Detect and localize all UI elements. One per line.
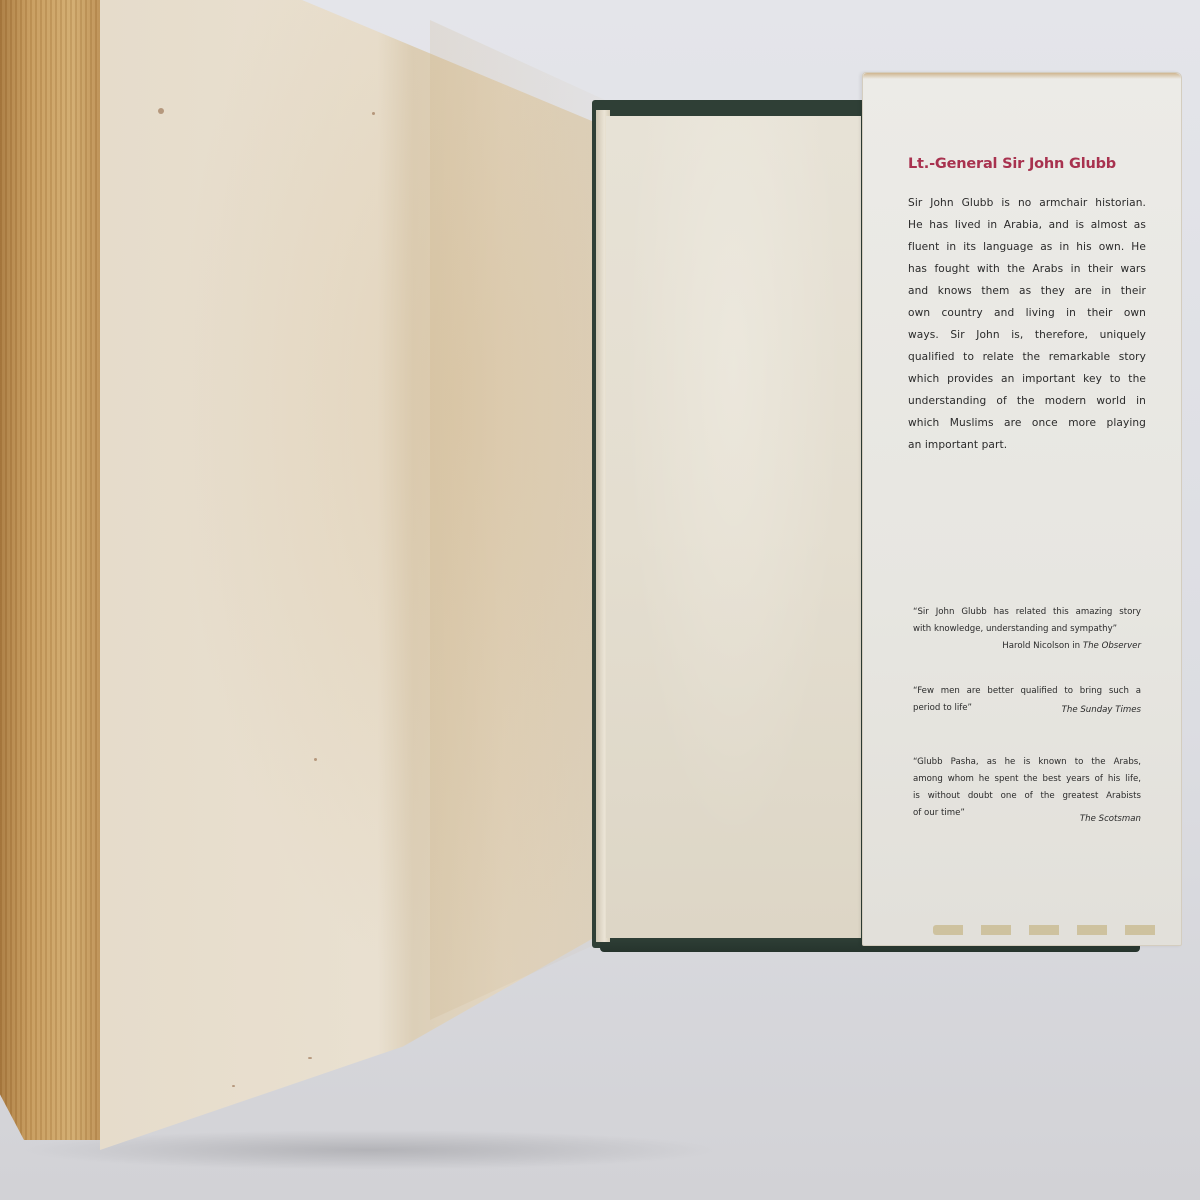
bio-line: qualified to relate the remarkable story xyxy=(908,346,1146,368)
review-last-line-row: period to life” The Sunday Times xyxy=(913,700,1141,717)
flap-bio: Lt.-General Sir John Glubb Sir John Glub… xyxy=(908,156,1146,456)
book-photo: Lt.-General Sir John Glubb Sir John Glub… xyxy=(0,0,1200,1200)
foxing-spot xyxy=(158,108,164,114)
review-line: with knowledge, understanding and sympat… xyxy=(913,621,1141,638)
right-pastedown-page xyxy=(606,116,861,938)
review-source: The Sunday Times xyxy=(1062,702,1141,719)
review-line: “Sir John Glubb has related this amazing… xyxy=(913,604,1141,621)
review-sunday-times: “Few men are better qualified to bring s… xyxy=(913,683,1141,717)
bio-line: Sir John Glubb is no armchair historian. xyxy=(908,192,1146,214)
bio-line: fluent in its language as in his own. He xyxy=(908,236,1146,258)
flap-edge-stain xyxy=(933,925,1169,935)
review-publication: The Sunday Times xyxy=(1062,705,1141,715)
review-observer: “Sir John Glubb has related this amazing… xyxy=(913,604,1141,655)
bio-line: which Muslims are once more playing xyxy=(908,412,1146,434)
review-source: The Scotsman xyxy=(1080,811,1141,828)
review-scotsman: “Glubb Pasha, as he is known to the Arab… xyxy=(913,754,1141,822)
bio-line: which provides an important key to the xyxy=(908,368,1146,390)
review-publication: The Scotsman xyxy=(1080,814,1141,824)
review-line: is without doubt one of the greatest Ara… xyxy=(913,788,1141,805)
author-heading: Lt.-General Sir John Glubb xyxy=(908,156,1146,172)
foxing-spot xyxy=(232,1085,235,1087)
review-last-line-row: of our time” The Scotsman xyxy=(913,805,1141,822)
review-line: among whom he spent the best years of hi… xyxy=(913,771,1141,788)
bio-line: an important part. xyxy=(908,434,1146,456)
review-line: “Glubb Pasha, as he is known to the Arab… xyxy=(913,754,1141,771)
bio-line: own country and living in their own xyxy=(908,302,1146,324)
page-block-fore-edge xyxy=(0,0,104,1140)
bio-line: He has lived in Arabia, and is almost as xyxy=(908,214,1146,236)
foxing-spot xyxy=(308,1057,312,1059)
review-source-prefix: Harold Nicolson in xyxy=(1002,641,1083,651)
foxing-spot xyxy=(372,112,375,115)
bio-line: has fought with the Arabs in their wars xyxy=(908,258,1146,280)
review-source: Harold Nicolson in The Observer xyxy=(913,638,1141,655)
bio-line: and knows them as they are in their xyxy=(908,280,1146,302)
bio-line: understanding of the modern world in xyxy=(908,390,1146,412)
flyleaf-offset-tone xyxy=(430,20,605,1020)
review-line: “Few men are better qualified to bring s… xyxy=(913,683,1141,700)
bio-line: ways. Sir John is, therefore, uniquely xyxy=(908,324,1146,346)
foxing-spot xyxy=(314,758,317,761)
review-publication: The Observer xyxy=(1083,641,1141,651)
